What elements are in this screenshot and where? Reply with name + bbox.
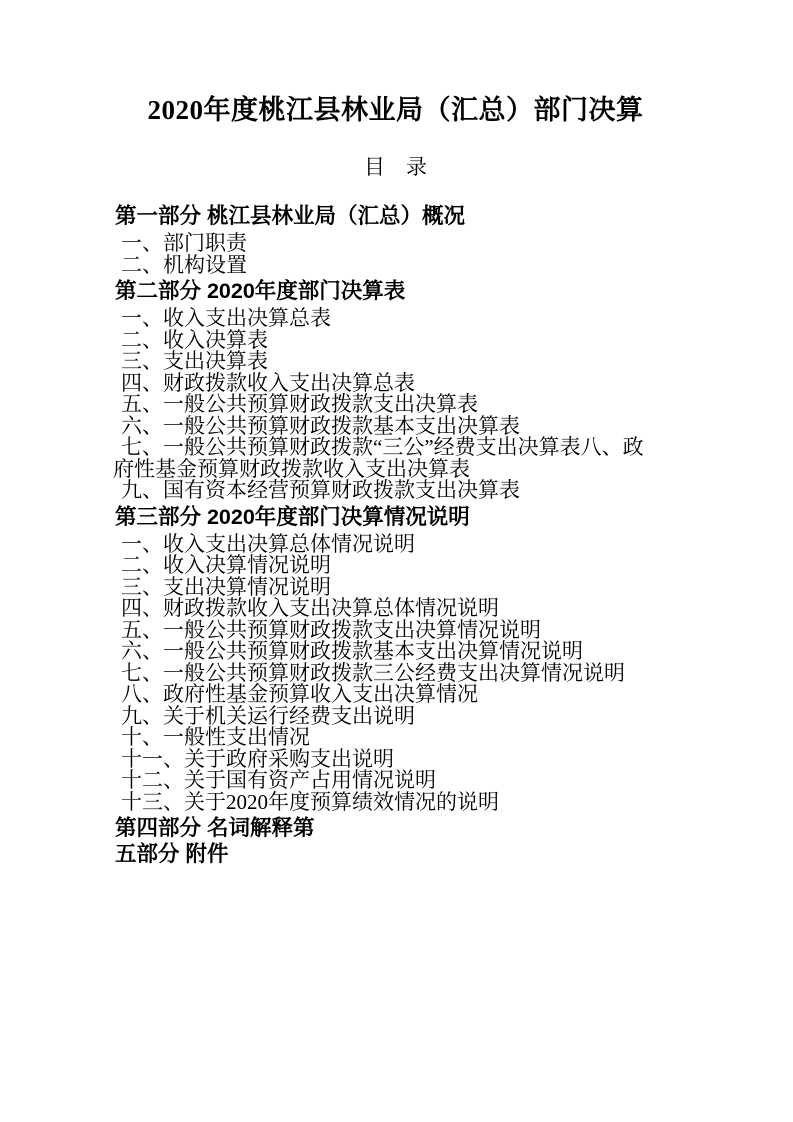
- section-3-items: 一、收入支出决算总体情况说明 二、收入决算情况说明 三、支出决算情况说明 四、财…: [113, 534, 678, 814]
- section-2-items: 一、收入支出决算总表 二、收入决算表 三、支出决算表 四、财政拨款收入支出决算总…: [113, 308, 678, 502]
- section-2-heading: 第二部分 2020年度部门决算表: [115, 278, 678, 304]
- section-4-heading: 第四部分 名词解释第: [115, 815, 678, 841]
- toc-item: 五、一般公共预算财政拨款支出决算情况说明: [113, 620, 678, 642]
- toc-item: 一、收入支出决算总表: [113, 308, 678, 330]
- section-3-heading: 第三部分 2020年度部门决算情况说明: [115, 504, 678, 530]
- toc-section-2: 第二部分 2020年度部门决算表 一、收入支出决算总表 二、收入决算表 三、支出…: [113, 278, 678, 502]
- toc-item: 四、财政拨款收入支出决算总体情况说明: [113, 598, 678, 620]
- toc-item: 七、一般公共预算财政拨款“三公”经费支出决算表八、政: [113, 437, 678, 459]
- toc-item: 一、收入支出决算总体情况说明: [113, 534, 678, 556]
- toc-item: 三、支出决算表: [113, 351, 678, 373]
- toc-item: 九、关于机关运行经费支出说明: [113, 706, 678, 728]
- toc-item-continuation: 府性基金预算财政拨款收入支出决算表: [113, 459, 678, 481]
- toc-item: 三、支出决算情况说明: [113, 577, 678, 599]
- toc-heading: 目 录: [113, 155, 678, 179]
- toc-item: 二、机构设置: [113, 255, 678, 277]
- section-5-heading: 五部分 附件: [115, 841, 678, 867]
- toc-item: 二、收入决算情况说明: [113, 555, 678, 577]
- toc-section-3: 第三部分 2020年度部门决算情况说明 一、收入支出决算总体情况说明 二、收入决…: [113, 504, 678, 814]
- toc-item: 五、一般公共预算财政拨款支出决算表: [113, 394, 678, 416]
- toc-item: 二、收入决算表: [113, 330, 678, 352]
- toc-item: 十、一般性支出情况: [113, 727, 678, 749]
- section-1-heading: 第一部分 桃江县林业局（汇总）概况: [115, 203, 678, 229]
- toc-section-1: 第一部分 桃江县林业局（汇总）概况 一、部门职责 二、机构设置: [113, 203, 678, 276]
- toc-item: 八、政府性基金预算收入支出决算情况: [113, 684, 678, 706]
- toc-item: 四、财政拨款收入支出决算总表: [113, 373, 678, 395]
- toc-item: 六、一般公共预算财政拨款基本支出决算表: [113, 416, 678, 438]
- document-page: 2020年度桃江县林业局（汇总）部门决算 目 录 第一部分 桃江县林业局（汇总）…: [0, 0, 793, 1122]
- toc-item: 七、一般公共预算财政拨款三公经费支出决算情况说明: [113, 663, 678, 685]
- toc-item: 十一、关于政府采购支出说明: [113, 749, 678, 771]
- section-1-items: 一、部门职责 二、机构设置: [113, 233, 678, 276]
- toc-item: 九、国有资本经营预算财政拨款支出决算表: [113, 480, 678, 502]
- toc-item: 十二、关于国有资产占用情况说明: [113, 770, 678, 792]
- toc-item: 十三、关于2020年度预算绩效情况的说明: [113, 792, 678, 814]
- toc-item: 六、一般公共预算财政拨款基本支出决算情况说明: [113, 641, 678, 663]
- document-title: 2020年度桃江县林业局（汇总）部门决算: [113, 95, 678, 125]
- toc-item: 一、部门职责: [113, 233, 678, 255]
